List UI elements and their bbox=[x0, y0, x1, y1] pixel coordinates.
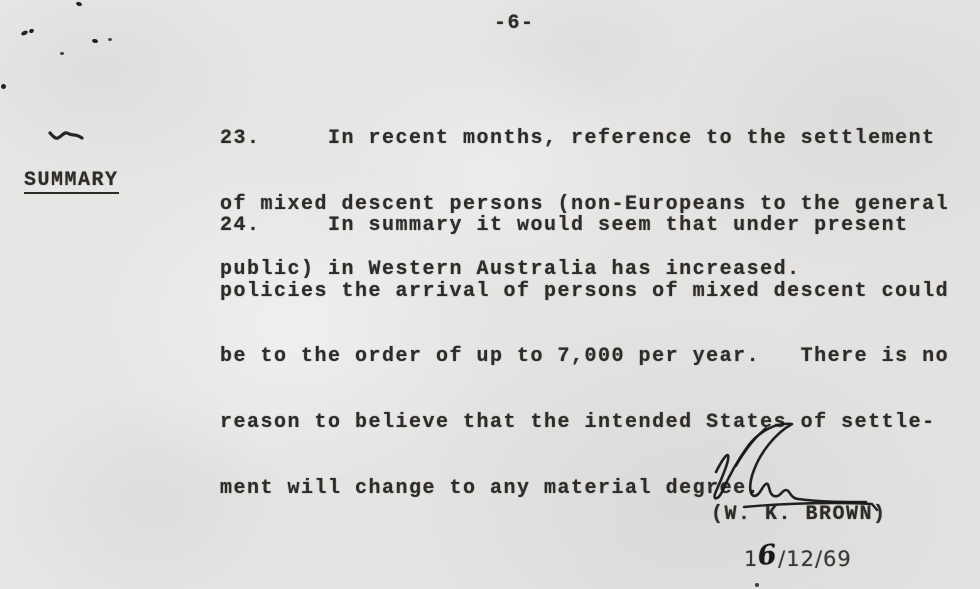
handwritten-digit: 6 bbox=[757, 545, 779, 567]
handwriting-squiggle bbox=[47, 126, 87, 144]
paragraph-24-line-3: be to the order of up to 7,000 per year.… bbox=[220, 346, 949, 368]
signature-date: 16/12/69 bbox=[744, 547, 852, 571]
signature-scribble bbox=[708, 420, 884, 516]
ink-speck bbox=[92, 38, 99, 43]
signatory-name: (W. K. BROWN) bbox=[711, 504, 887, 526]
ink-speck bbox=[75, 1, 82, 7]
paragraph-23-line-1: 23. In recent months, reference to the s… bbox=[220, 128, 949, 150]
ink-speck bbox=[108, 38, 112, 41]
scanned-document-page: -6- SUMMARY 23. In recent months, refere… bbox=[0, 0, 980, 589]
ink-speck bbox=[20, 30, 28, 37]
date-suffix: /12/69 bbox=[778, 547, 852, 571]
ink-speck bbox=[755, 583, 759, 587]
ink-speck bbox=[60, 52, 64, 55]
ink-speck bbox=[1, 84, 6, 89]
ink-speck bbox=[28, 28, 34, 34]
summary-heading: SUMMARY bbox=[24, 170, 119, 194]
page-number: -6- bbox=[494, 13, 535, 35]
paragraph-24-line-2: policies the arrival of persons of mixed… bbox=[220, 281, 949, 303]
paragraph-24-line-1: 24. In summary it would seem that under … bbox=[220, 215, 949, 237]
